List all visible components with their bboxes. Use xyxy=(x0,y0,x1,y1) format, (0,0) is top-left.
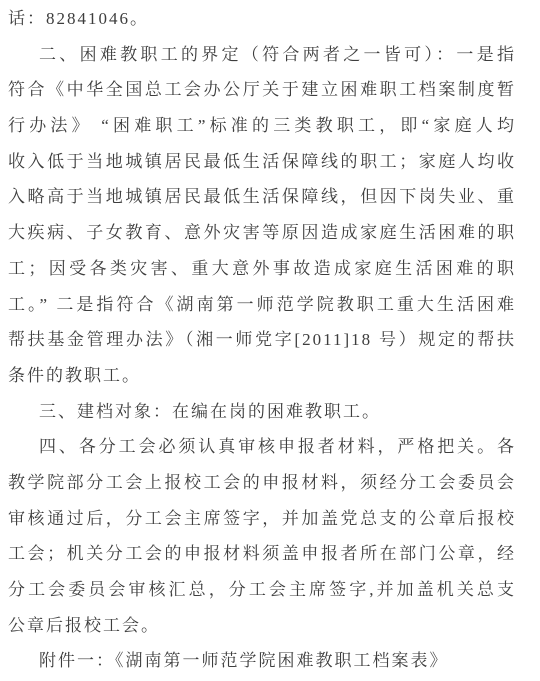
document-line: 条件的教职工。 xyxy=(8,358,516,394)
document-line: 分工会委员会审核汇总，分工会主席签字,并加盖机关总支 xyxy=(8,572,516,608)
document-line: 四、各分工会必须认真审核申报者材料，严格把关。各 xyxy=(8,429,516,465)
document-line: 大疾病、子女教育、意外灾害等原因造成家庭生活困难的职 xyxy=(8,215,516,251)
document-line: 工会；机关分工会的申报材料须盖申报者所在部门公章，经 xyxy=(8,536,516,572)
document-line: 话：82841046。 xyxy=(8,1,516,37)
document-line: 三、建档对象：在编在岗的困难教职工。 xyxy=(8,394,516,430)
document-line: 符合《中华全国总工会办公厅关于建立困难职工档案制度暂 xyxy=(8,72,516,108)
document-line: 帮扶基金管理办法》（湘一师党字[2011]18 号）规定的帮扶 xyxy=(8,322,516,358)
document-line: 工；因受各类灾害、重大意外事故造成家庭生活困难的职 xyxy=(8,251,516,287)
document-line: 二、困难教职工的界定（符合两者之一皆可）：一是指 xyxy=(8,37,516,73)
document-line: 行办法》 “困难职工”标准的三类教职工，即“家庭人均 xyxy=(8,108,516,144)
document-page: 话：82841046。 二、困难教职工的界定（符合两者之一皆可）：一是指 符合《… xyxy=(0,0,540,681)
document-line: 公章后报校工会。 xyxy=(8,608,516,644)
document-line: 收入低于当地城镇居民最低生活保障线的职工；家庭人均收 xyxy=(8,144,516,180)
document-line: 审核通过后，分工会主席签字，并加盖党总支的公章后报校 xyxy=(8,501,516,537)
document-line: 教学院部分工会上报校工会的申报材料，须经分工会委员会 xyxy=(8,465,516,501)
document-line: 入略高于当地城镇居民最低生活保障线，但因下岗失业、重 xyxy=(8,179,516,215)
document-line: 工。” 二是指符合《湖南第一师范学院教职工重大生活困难 xyxy=(8,287,516,323)
document-line: 附件一：《湖南第一师范学院困难教职工档案表》 xyxy=(8,643,516,679)
